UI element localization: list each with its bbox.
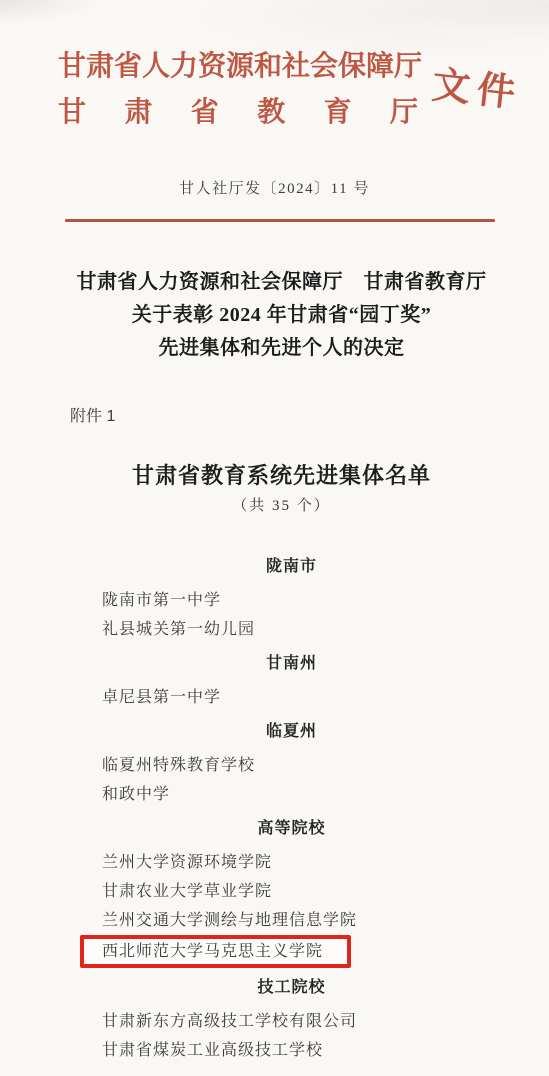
document-body: 甘肃省人力资源和社会保障厅 甘肃省教育厅 关于表彰 2024 年甘肃省“园丁奖”… [0,266,549,1065]
org-item-label: 甘肃新东方高级技工学校有限公司 [102,1007,357,1036]
org-item-label: 甘肃农业大学草业学院 [102,877,272,906]
org-list-row: 礼县城关第一幼儿园 [34,615,529,644]
org-list-row: 甘肃农业大学草业学院 [34,877,529,906]
org-list-row: 和政中学 [34,780,529,809]
org-list-row: 甘肃省煤炭工业高级技工学校 [34,1036,529,1065]
org-list-row: 临夏州特殊教育学校 [34,751,529,780]
org-list-row: 甘肃新东方高级技工学校有限公司 [34,1007,529,1036]
document-type-label: 文件 [430,64,524,115]
org-list-row: 兰州大学资源环境学院 [34,848,529,877]
document-title-line-2: 关于表彰 2024 年甘肃省“园丁奖” [34,299,529,332]
org-item-label: 礼县城关第一幼儿园 [102,615,255,644]
org-item-label: 兰州交通大学测绘与地理信息学院 [102,906,357,935]
document-title: 甘肃省人力资源和社会保障厅 甘肃省教育厅 关于表彰 2024 年甘肃省“园丁奖”… [34,266,529,365]
org-item-label: 卓尼县第一中学 [102,683,221,712]
section: 高等院校兰州大学资源环境学院甘肃农业大学草业学院兰州交通大学测绘与地理信息学院西… [34,817,529,968]
attachment-label: 附件 1 [34,406,529,428]
section-title: 临夏州 [44,720,539,743]
section: 技工院校甘肃新东方高级技工学校有限公司甘肃省煤炭工业高级技工学校 [34,976,529,1065]
section-title: 高等院校 [44,817,539,840]
org-item-label: 兰州大学资源环境学院 [102,848,272,877]
list-title: 甘肃省教育系统先进集体名单 [34,461,529,491]
org-item-label: 临夏州特殊教育学校 [102,751,255,780]
red-divider-line [65,219,495,222]
section-title: 甘南州 [44,652,539,675]
org-item-label: 和政中学 [102,780,170,809]
issuer-line-1: 甘肃省人力资源和社会保障厅 [58,44,418,90]
section: 甘南州卓尼县第一中学 [34,652,529,712]
section-title: 技工院校 [44,976,539,999]
org-item-label: 陇南市第一中学 [102,586,221,615]
org-list-row: 兰州交通大学测绘与地理信息学院 [34,906,529,935]
org-item-label: 甘肃省煤炭工业高级技工学校 [102,1036,323,1065]
org-item-highlighted: 西北师范大学马克思主义学院 [80,935,351,968]
document-title-line-1: 甘肃省人力资源和社会保障厅 甘肃省教育厅 [34,266,529,299]
document-title-line-3: 先进集体和先进个人的决定 [34,332,529,365]
document-number: 甘人社厅发〔2024〕11 号 [0,178,549,200]
org-list-row: 卓尼县第一中学 [34,683,529,712]
org-list-row: 陇南市第一中学 [34,586,529,615]
section-title: 陇南市 [44,555,539,578]
scanned-document-page: 甘肃省人力资源和社会保障厅 甘肃省教育厅 文件 甘人社厅发〔2024〕11 号 … [0,0,549,1076]
org-list-row: 西北师范大学马克思主义学院 [34,935,529,968]
issuer-line-2: 甘肃省教育厅 [58,90,418,136]
sections: 陇南市陇南市第一中学礼县城关第一幼儿园甘南州卓尼县第一中学临夏州临夏州特殊教育学… [34,555,529,1065]
section: 陇南市陇南市第一中学礼县城关第一幼儿园 [34,555,529,644]
list-count-note: （共 35 个） [34,496,529,517]
letterhead: 甘肃省人力资源和社会保障厅 甘肃省教育厅 文件 [0,0,549,136]
issuing-agencies: 甘肃省人力资源和社会保障厅 甘肃省教育厅 [58,44,418,136]
section: 临夏州临夏州特殊教育学校和政中学 [34,720,529,809]
